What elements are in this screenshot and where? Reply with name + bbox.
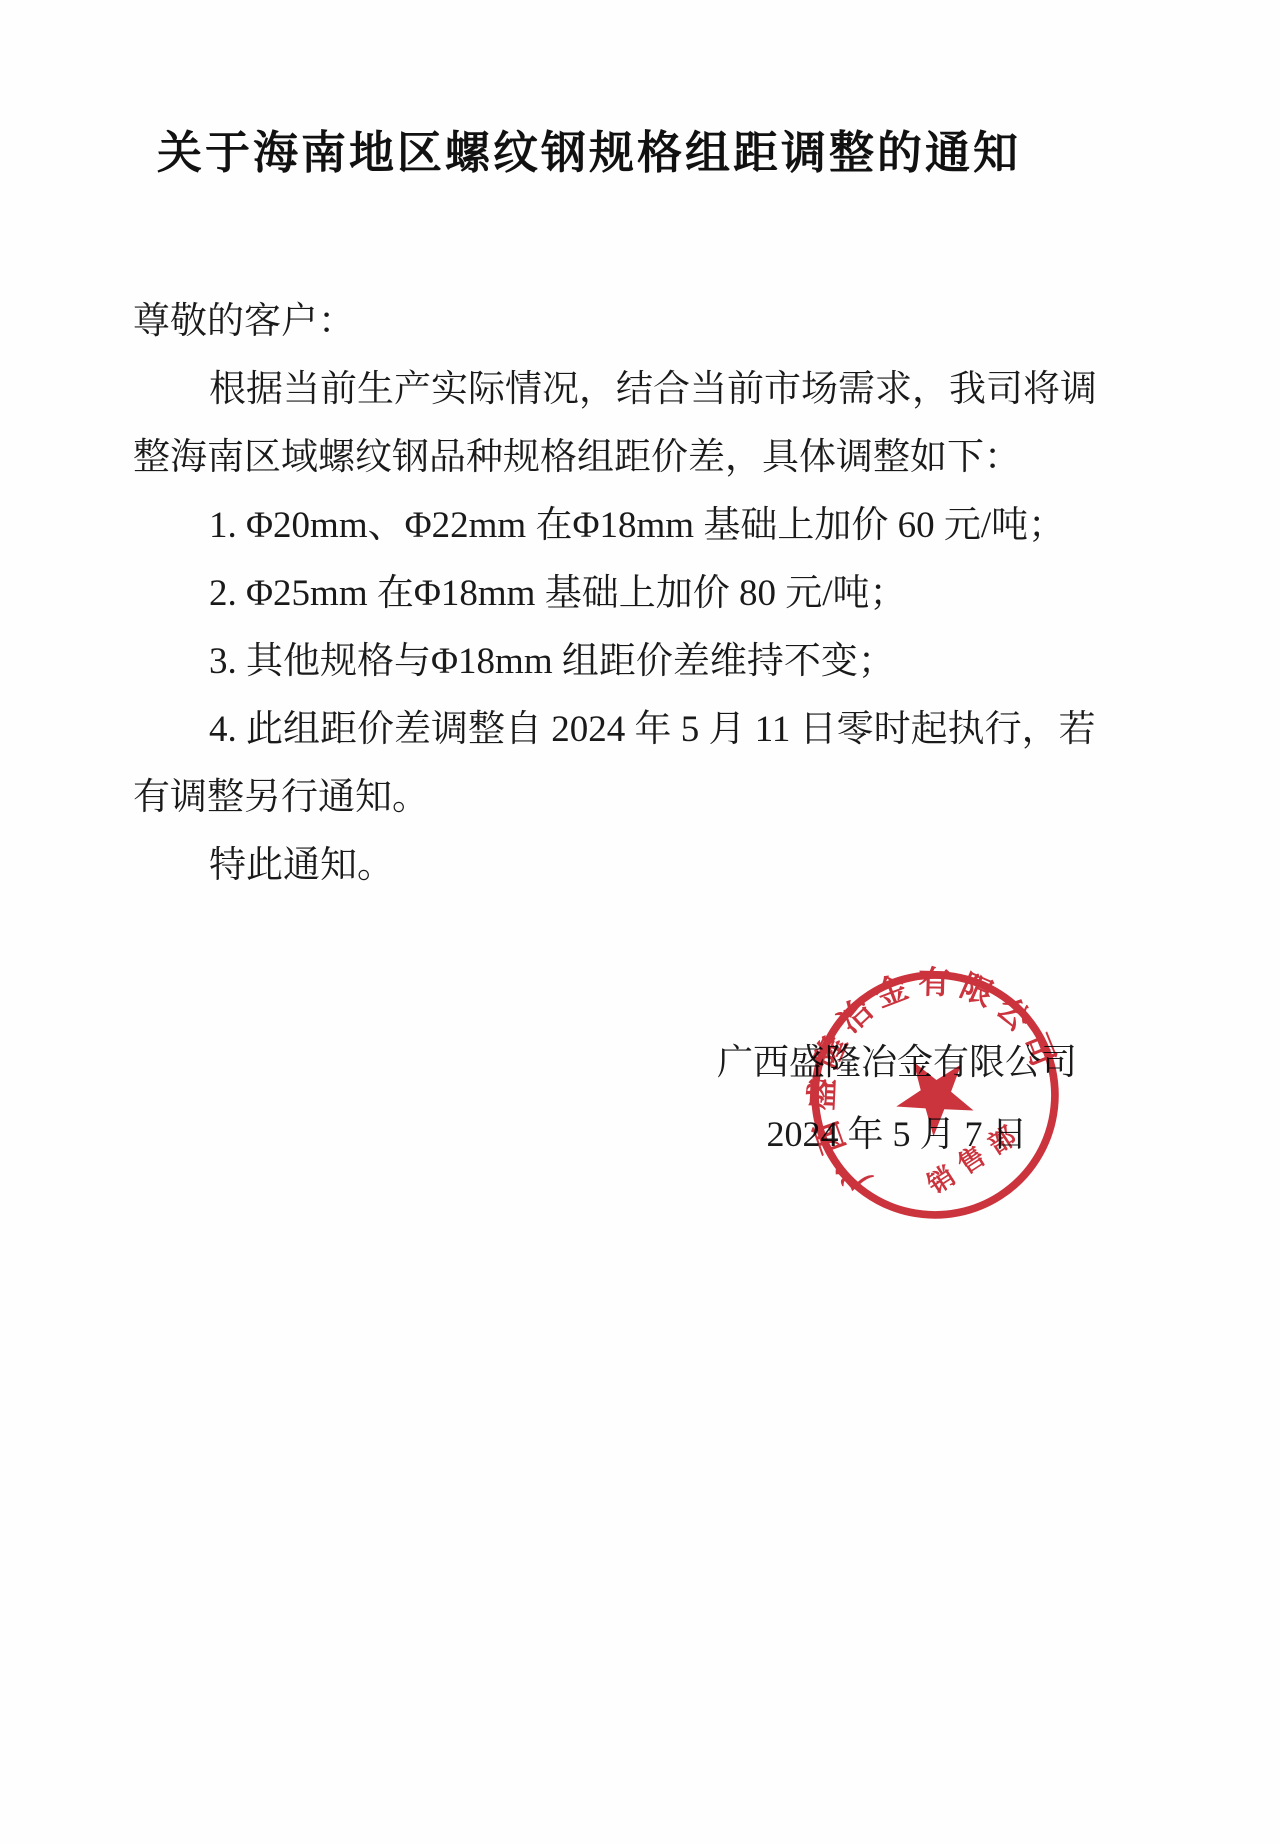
document-title: 关于海南地区螺纹钢规格组距调整的通知 [133, 116, 1045, 181]
item-line-3: 3. 其他规格与Φ18mm 组距价差维持不变； [133, 628, 1045, 696]
company-stamp: 广西盛隆冶金有限公司 销售部 [803, 963, 1067, 1227]
item-line-4: 4. 此组距价差调整自 2024 年 5 月 11 日零时起执行，若 [133, 696, 1045, 764]
closing-line: 特此通知。 [133, 832, 1045, 900]
document-body: 尊敬的客户： 根据当前生产实际情况，结合当前市场需求，我司将调 整海南区域螺纹钢… [133, 288, 1045, 900]
item-line-1: 1. Φ20mm、Φ22mm 在Φ18mm 基础上加价 60 元/吨； [133, 492, 1045, 560]
salutation-line: 尊敬的客户： [133, 288, 1045, 356]
item-line-2: 2. Φ25mm 在Φ18mm 基础上加价 80 元/吨； [133, 560, 1045, 628]
notice-document-page: 关于海南地区螺纹钢规格组距调整的通知 尊敬的客户： 根据当前生产实际情况，结合当… [0, 0, 1280, 1844]
intro-line-1: 根据当前生产实际情况，结合当前市场需求，我司将调 [133, 356, 1045, 424]
item-line-4-cont: 有调整另行通知。 [133, 764, 1045, 832]
stamp-star-icon [881, 1041, 986, 1145]
intro-line-2: 整海南区域螺纹钢品种规格组距价差，具体调整如下： [133, 424, 1045, 492]
